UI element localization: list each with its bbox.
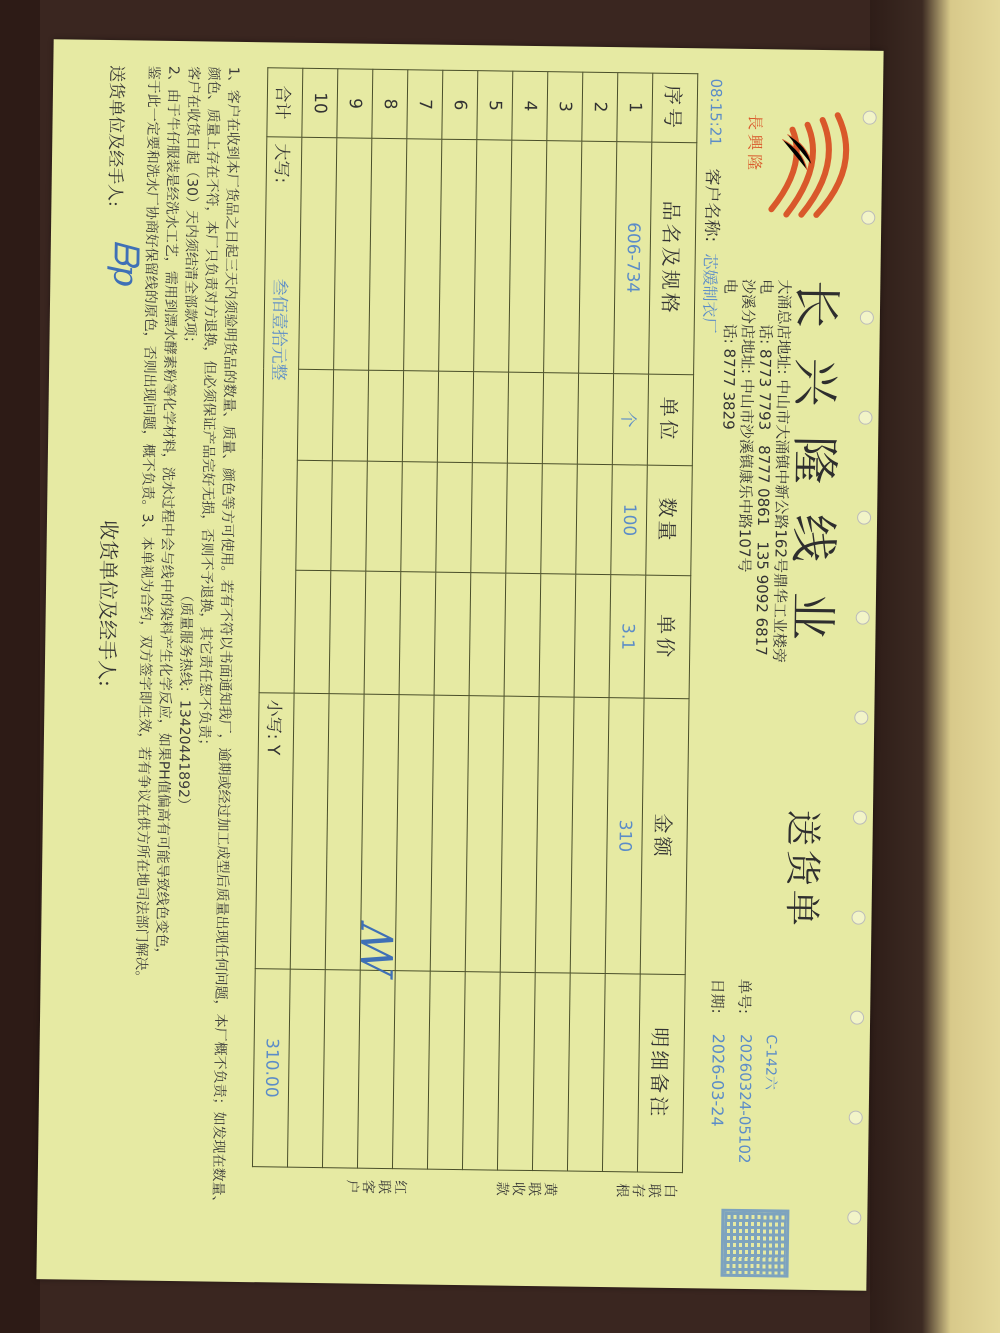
cell-note bbox=[287, 969, 325, 1168]
header-no: 序号 bbox=[652, 73, 698, 143]
cell-note bbox=[322, 970, 360, 1169]
cell-note bbox=[462, 972, 500, 1171]
cell-qty bbox=[296, 460, 333, 571]
cell-amount bbox=[535, 697, 574, 973]
cell-qty bbox=[366, 461, 403, 572]
cell-unit bbox=[542, 372, 578, 464]
cell-qty bbox=[331, 461, 368, 572]
cell-note bbox=[427, 971, 465, 1170]
cell-note bbox=[532, 972, 570, 1171]
cell-name bbox=[369, 138, 407, 370]
cell-unit bbox=[297, 369, 333, 461]
header-amount: 金额 bbox=[640, 698, 689, 974]
cell-unit: 个 bbox=[612, 373, 648, 465]
cell-no: 5 bbox=[477, 71, 513, 141]
customer-name: 芯媛制衣厂 bbox=[699, 253, 723, 333]
order-number: 20260324-05102 bbox=[735, 1034, 755, 1164]
cell-no: 9 bbox=[337, 69, 373, 139]
cell-name bbox=[439, 139, 477, 371]
print-time: 08:15:21 bbox=[706, 78, 725, 146]
cell-name bbox=[544, 141, 582, 373]
header-qty: 数量 bbox=[646, 465, 693, 576]
logo-text: 長興隆 bbox=[744, 114, 768, 174]
header-price: 单价 bbox=[644, 575, 691, 699]
delivery-note: 長興隆 长兴隆线业 送货单 大涌总店地址: 中山市大涌镇中新公路162号鼎华工业… bbox=[36, 39, 883, 1290]
cell-no: 8 bbox=[372, 69, 408, 139]
cell-qty bbox=[401, 462, 438, 573]
cell-unit bbox=[507, 372, 543, 464]
cell-price bbox=[469, 573, 506, 697]
cell-price bbox=[574, 574, 611, 698]
copy-label-white: 白联存根 bbox=[614, 1182, 678, 1199]
sender-signature-label: 送货单位及经手人: bbox=[104, 65, 131, 207]
cell-note bbox=[602, 973, 640, 1172]
cell-qty bbox=[541, 464, 578, 575]
cell-price bbox=[329, 571, 366, 695]
cell-price: 3.1 bbox=[609, 575, 646, 699]
cell-no: 3 bbox=[547, 72, 583, 142]
cell-no: 2 bbox=[582, 72, 618, 142]
cell-unit bbox=[577, 373, 613, 465]
cell-unit bbox=[332, 369, 368, 461]
date-label: 日期: bbox=[707, 978, 728, 1013]
cell-qty bbox=[506, 463, 543, 574]
cell-unit bbox=[437, 371, 473, 463]
cell-price bbox=[399, 572, 436, 696]
cell-name bbox=[579, 141, 617, 373]
photo-frame: 長興隆 长兴隆线业 送货单 大涌总店地址: 中山市大涌镇中新公路162号鼎华工业… bbox=[30, 0, 880, 1320]
cell-no: 10 bbox=[302, 68, 338, 138]
header-name: 品名及规格 bbox=[649, 142, 697, 374]
cell-price bbox=[504, 573, 541, 697]
cell-unit bbox=[367, 370, 403, 462]
total-label: 合计 bbox=[267, 68, 303, 138]
cell-note bbox=[392, 971, 430, 1170]
order-number-label: 单号: bbox=[734, 979, 755, 1014]
cell-amount bbox=[290, 694, 329, 970]
qr-code-icon bbox=[720, 1209, 789, 1278]
cell-qty: 100 bbox=[611, 465, 648, 576]
customer-code: C-142六 bbox=[761, 1034, 782, 1090]
cell-qty bbox=[576, 464, 613, 575]
terms-notes: 1、客户在收到本厂货品之日起三天内须验明货品的数量、质量、颜色等方可使用。若有不… bbox=[127, 66, 243, 1217]
cell-note bbox=[357, 970, 395, 1169]
cell-name bbox=[404, 139, 442, 371]
cell-price bbox=[434, 572, 471, 696]
cell-amount bbox=[500, 696, 539, 972]
desk-background-right bbox=[870, 0, 1000, 1333]
cell-no: 6 bbox=[442, 70, 478, 140]
cell-amount bbox=[465, 696, 504, 972]
header-unit: 单位 bbox=[647, 374, 693, 466]
copy-label-red: 红联客户 bbox=[344, 1178, 408, 1195]
document-title: 送货单 bbox=[778, 809, 831, 930]
cell-no: 4 bbox=[512, 71, 548, 141]
cell-amount: 310 bbox=[605, 698, 644, 974]
sender-signature-icon: ᗷp bbox=[105, 240, 146, 287]
cell-price bbox=[364, 571, 401, 695]
cell-name: 606-734 bbox=[614, 142, 652, 374]
cell-note bbox=[497, 972, 535, 1171]
items-table: 序号 品名及规格 单位 数量 单价 金额 明细备注 1 606-734 个 10… bbox=[252, 67, 698, 1173]
cell-name bbox=[474, 140, 512, 372]
cell-unit bbox=[472, 371, 508, 463]
cell-qty bbox=[471, 463, 508, 574]
cell-price bbox=[539, 574, 576, 698]
capital-label: 大写: bbox=[271, 143, 292, 183]
cell-price bbox=[294, 570, 331, 694]
cell-name bbox=[299, 137, 337, 369]
cell-name bbox=[509, 140, 547, 372]
cell-unit bbox=[402, 370, 438, 462]
small-label: 小写: Y bbox=[263, 700, 284, 756]
small-amount: 310.00 bbox=[252, 969, 290, 1168]
capital-amount: 叁佰壹拾元整 bbox=[268, 278, 289, 380]
handwritten-signature-mark: ꟿ bbox=[350, 923, 402, 977]
tractor-feed-holes bbox=[840, 50, 877, 1290]
order-date: 2026-03-24 bbox=[708, 1034, 728, 1127]
cell-name bbox=[334, 138, 372, 370]
header-note: 明细备注 bbox=[637, 974, 685, 1173]
cell-qty bbox=[436, 462, 473, 573]
copy-label-yellow: 黄联收款 bbox=[494, 1181, 558, 1198]
company-logo-icon bbox=[756, 104, 858, 225]
small-amount-cell: 小写: Y bbox=[255, 693, 294, 969]
cell-amount bbox=[430, 695, 469, 971]
cell-amount bbox=[570, 697, 609, 973]
cell-no: 1 bbox=[617, 73, 653, 143]
cell-note bbox=[567, 973, 605, 1172]
customer-label: 客户名称: bbox=[701, 168, 727, 242]
receiver-signature-label: 收货单位及经手人: bbox=[94, 520, 125, 687]
cell-no: 7 bbox=[407, 70, 443, 140]
